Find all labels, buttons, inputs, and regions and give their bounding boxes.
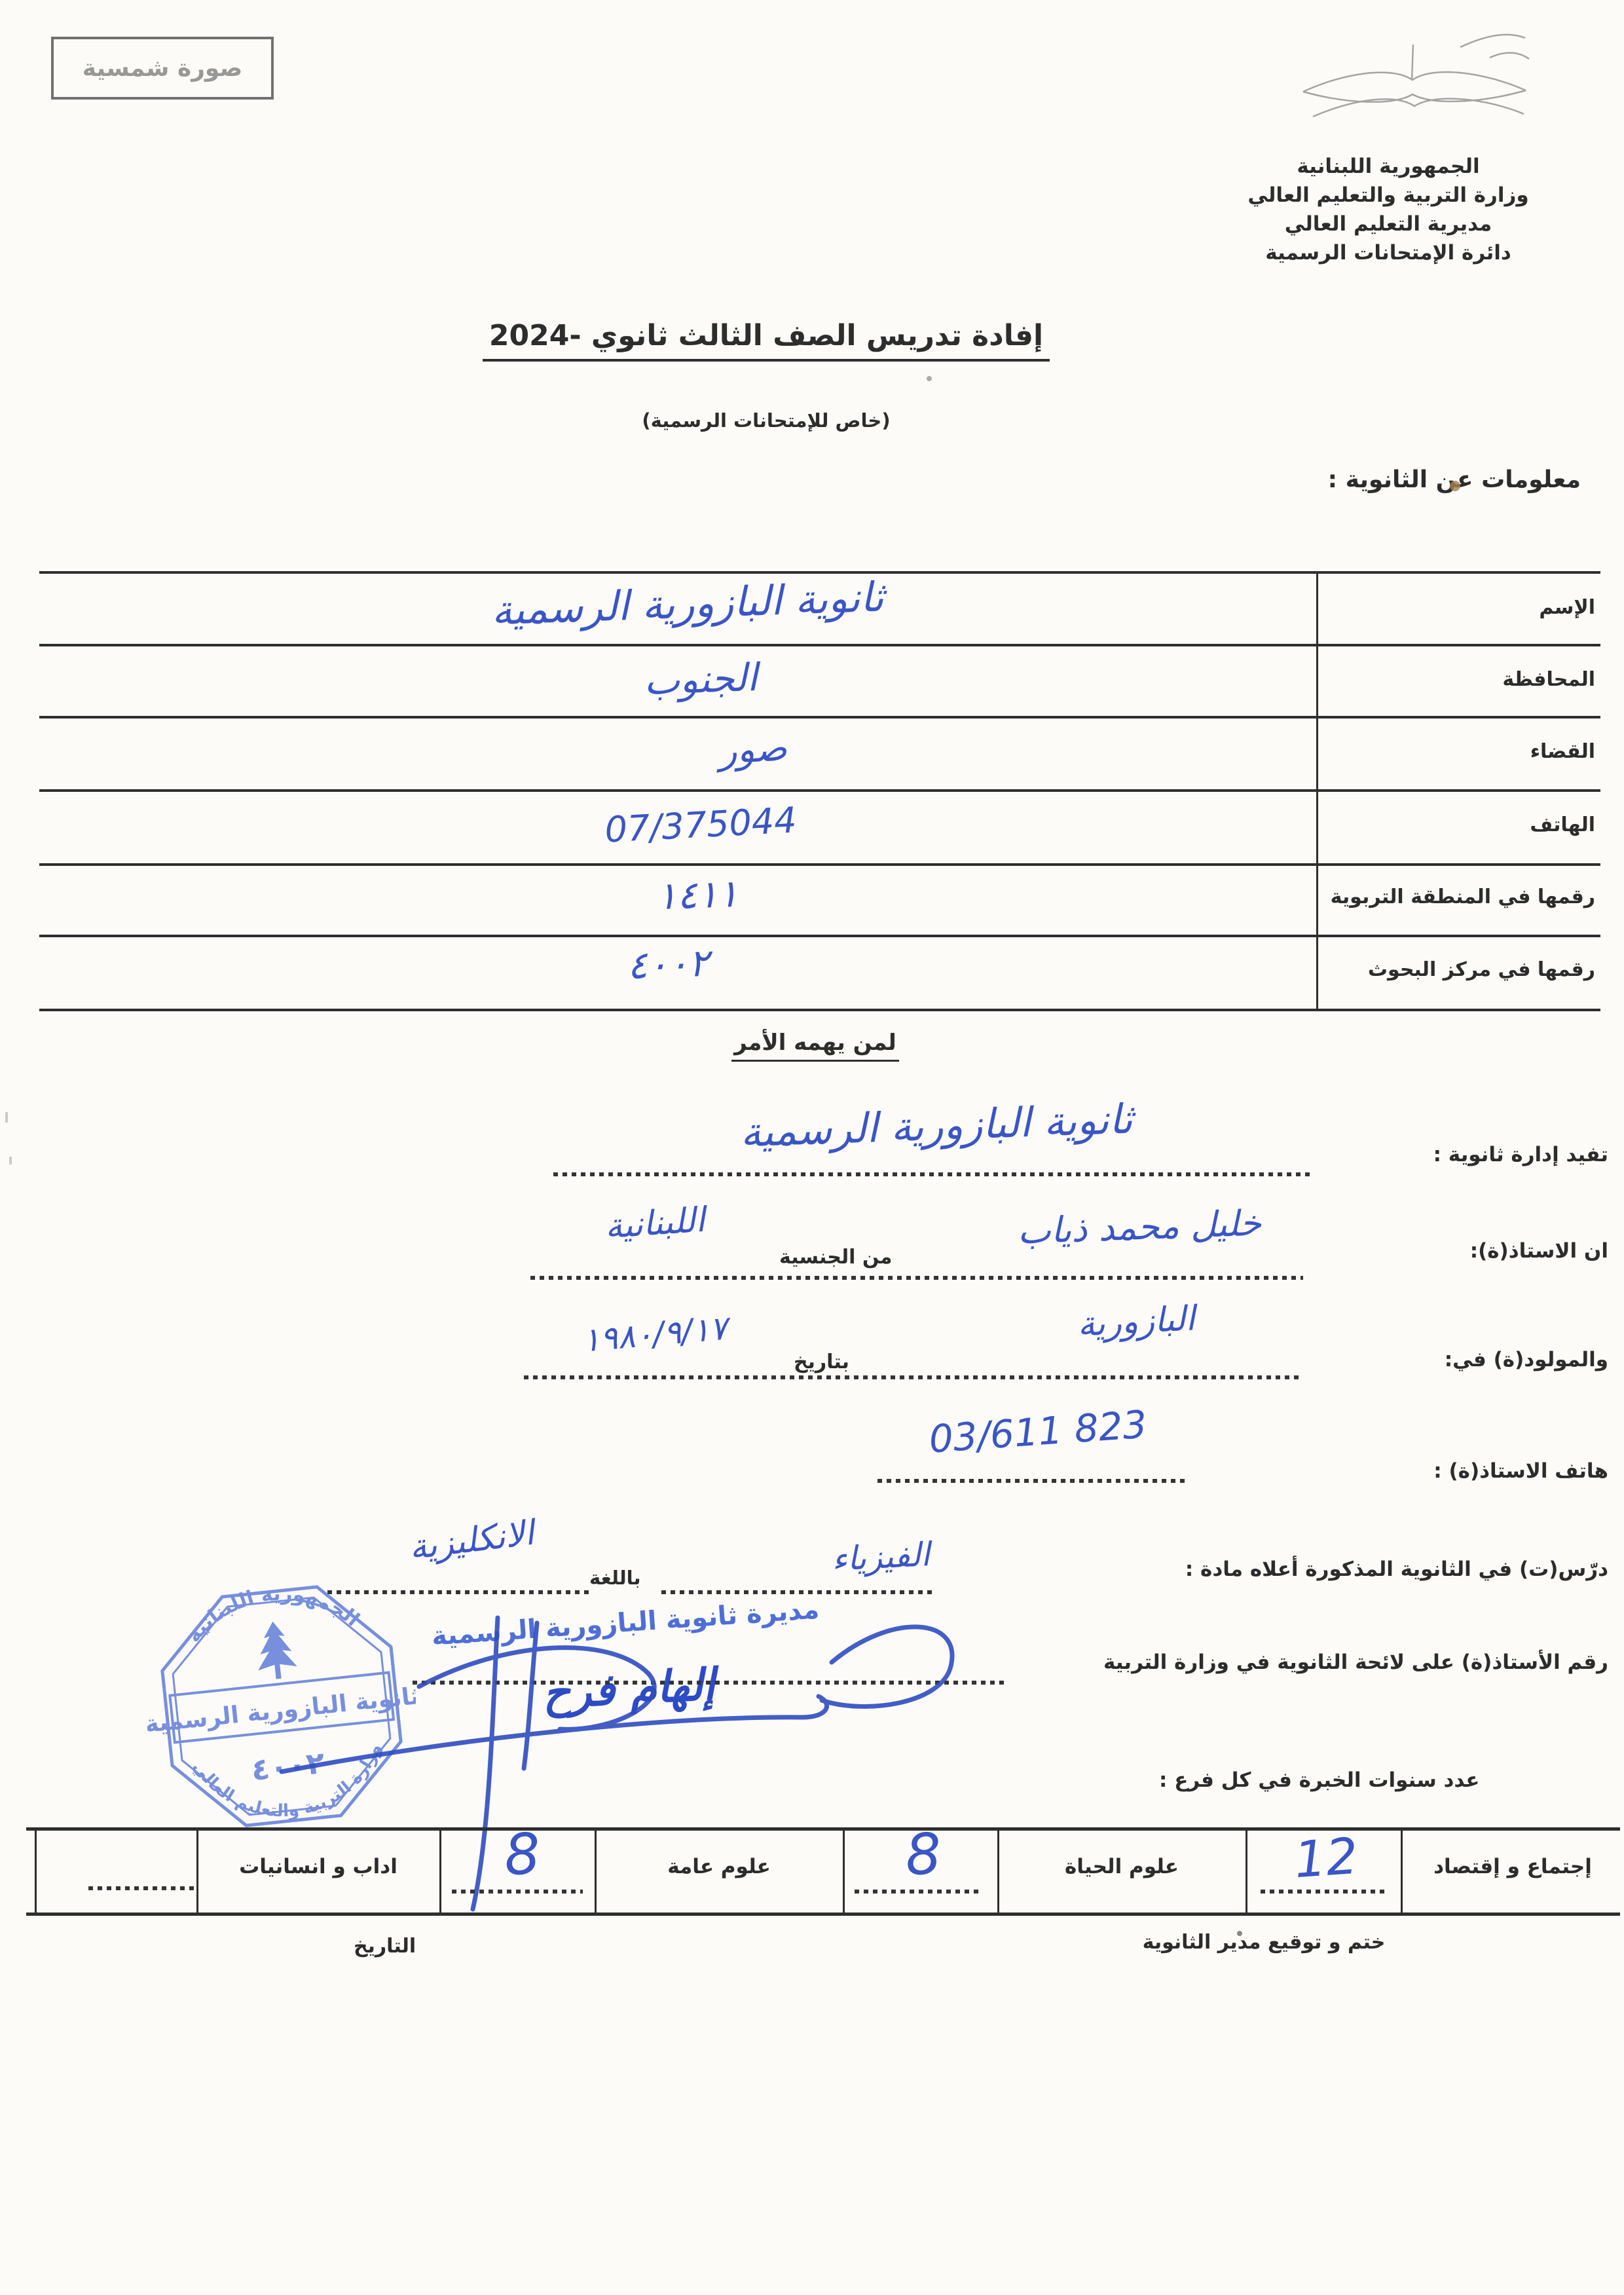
table1-hline-5 (39, 935, 1600, 937)
hw-years-general-sciences: 8 (457, 1819, 588, 1891)
title-wrap: إفادة تدريس الصف الثالث ثانوي -2024 (354, 319, 1179, 362)
exp-vline-0 (35, 1827, 37, 1914)
exp-dots-socio-econ (1261, 1890, 1385, 1894)
hw-director-name: إلهام فرح (503, 1657, 754, 1721)
photo-box-label: صورة شمسية (83, 55, 243, 82)
concern-heading: لمن يهمه الأمر (731, 1030, 899, 1062)
table1-hline-6 (39, 1009, 1600, 1011)
line5-dots-right (661, 1590, 936, 1594)
line7-label: عدد سنوات الخبرة في كل فرع : (1159, 1768, 1479, 1792)
exp-vline-6 (1246, 1827, 1247, 1914)
document-page: صورة شمسية الجمهورية اللبنانية وزارة الت… (0, 0, 1624, 2295)
header-line-ministry: وزارة التربية والتعليم العالي (1192, 181, 1585, 210)
hw-research-number: ٤٠٠٢ (589, 939, 747, 989)
exp-label-life-sciences: علوم الحياة (1004, 1855, 1240, 1878)
hw-school-name: ثانوية البازورية الرسمية (366, 569, 1009, 639)
table1-hline-4 (39, 863, 1600, 866)
line1-dots (553, 1172, 1313, 1176)
exp-vline-4 (843, 1827, 845, 1914)
exp-dots-humanities (88, 1886, 196, 1890)
table-row-label-research-number: رقمها في مركز البحوث (1368, 958, 1595, 981)
line4-dots (877, 1479, 1185, 1483)
stamp-center-text: ثانوية البازورية الرسمية (147, 1683, 416, 1738)
hw-region-number: ١٤١١ (628, 870, 767, 919)
hw-language: الانكليزية (346, 1506, 597, 1575)
stamp-number: ٤٠٠٢ (249, 1745, 326, 1787)
page-title: إفادة تدريس الصف الثالث ثانوي -2024 (483, 319, 1050, 362)
hw-governorate: الجنوب (589, 653, 813, 705)
subtitle-wrap: (خاص للإمتحانات الرسمية) (354, 409, 1179, 432)
line1-label: تفيد إدارة ثانوية : (1433, 1143, 1608, 1166)
exp-table-bottom (26, 1912, 1620, 1916)
hw-nationality: اللبنانية (542, 1196, 767, 1251)
line4-label: هاتف الاستاذ(ة) : (1433, 1459, 1608, 1483)
table-row-label-district: القضاء (1530, 740, 1595, 763)
school-info-heading: معلومات عن الثانوية : (1328, 466, 1581, 493)
line3-dots (524, 1375, 1303, 1379)
header-line-republic: الجمهورية اللبنانية (1192, 152, 1585, 181)
cedar-icon (253, 1620, 299, 1681)
line5-mid-label: باللغة (589, 1567, 640, 1589)
line2-mid-label: من الجنسية (779, 1246, 892, 1269)
header-line-exams-dept: دائرة الإمتحانات الرسمية (1192, 238, 1585, 267)
line6-label: رقم الأستاذ(ة) على لائحة الثانوية في وزا… (1103, 1651, 1608, 1674)
table1-hline-1 (39, 644, 1600, 646)
exp-label-socio-econ: إجتماع و إقتصاد (1408, 1855, 1617, 1878)
ministry-book-logo-icon (1293, 26, 1536, 147)
photo-box: صورة شمسية (51, 37, 274, 100)
hw-years-life-sciences: 8 (860, 1819, 987, 1891)
table-row-label-name: الإسم (1539, 596, 1595, 619)
table1-hline-0 (39, 571, 1600, 574)
footer-stamp-signature-label: ختم و توقيع مدير الثانوية (1113, 1931, 1414, 1954)
hw-certifying-school: ثانوية البازورية الرسمية (576, 1089, 1297, 1162)
school-stamp: الجمهورية اللبنانية ثانوية البازورية الر… (147, 1572, 416, 1840)
exp-vline-2 (439, 1827, 441, 1914)
exp-vline-3 (595, 1827, 597, 1914)
header-line-directorate: مديرية التعليم العالي (1192, 210, 1585, 238)
line5-label: درّس(ت) في الثانوية المذكورة أعلاه مادة … (1185, 1558, 1608, 1581)
exp-vline-5 (997, 1827, 999, 1914)
line2-label: ان الاستاذ(ة): (1470, 1239, 1608, 1263)
table-row-label-region-number: رقمها في المنطقة التربوية (1331, 886, 1595, 908)
hw-subject: الفيزياء (772, 1532, 990, 1581)
line3-mid-label: بتاريخ (794, 1351, 849, 1373)
hw-years-socio-econ: 12 (1262, 1824, 1390, 1891)
table1-hline-3 (39, 789, 1600, 792)
line6-dots (413, 1681, 1008, 1685)
hw-school-phone: 07/375044 (549, 796, 853, 853)
exp-label-general-sciences: علوم عامة (601, 1855, 837, 1878)
exp-vline-1 (196, 1827, 198, 1914)
hw-district: صور (667, 724, 839, 775)
table-row-label-phone: الهاتف (1530, 813, 1595, 836)
exp-dots-life-sciences (855, 1890, 982, 1894)
hw-director-title: مديرة ثانوية البازورية الرسمية (412, 1593, 839, 1652)
table1-vline (1316, 571, 1318, 1011)
exp-vline-7 (1401, 1827, 1403, 1914)
exp-dots-general-sciences (452, 1890, 583, 1894)
line2-dots (530, 1276, 1303, 1280)
ministry-header: الجمهورية اللبنانية وزارة التربية والتعل… (1192, 152, 1585, 267)
concern-heading-wrap: لمن يهمه الأمر (684, 1030, 946, 1062)
hw-teacher-name: خليل محمد ذياب (969, 1201, 1310, 1254)
table-row-label-governorate: المحافظة (1502, 668, 1595, 691)
hw-birth-date: ١٩٨٠/٩/١٧ (523, 1304, 787, 1365)
page-subtitle: (خاص للإمتحانات الرسمية) (642, 409, 890, 432)
exp-label-humanities: اداب و انسانيات (203, 1855, 434, 1878)
hw-teacher-phone: 03/611 823 (883, 1399, 1193, 1465)
table1-hline-2 (39, 716, 1600, 718)
line3-label: والمولود(ة) في: (1445, 1348, 1608, 1371)
footer-date-label: التاريخ (354, 1935, 416, 1958)
hw-birth-place: البازورية (1027, 1296, 1246, 1347)
